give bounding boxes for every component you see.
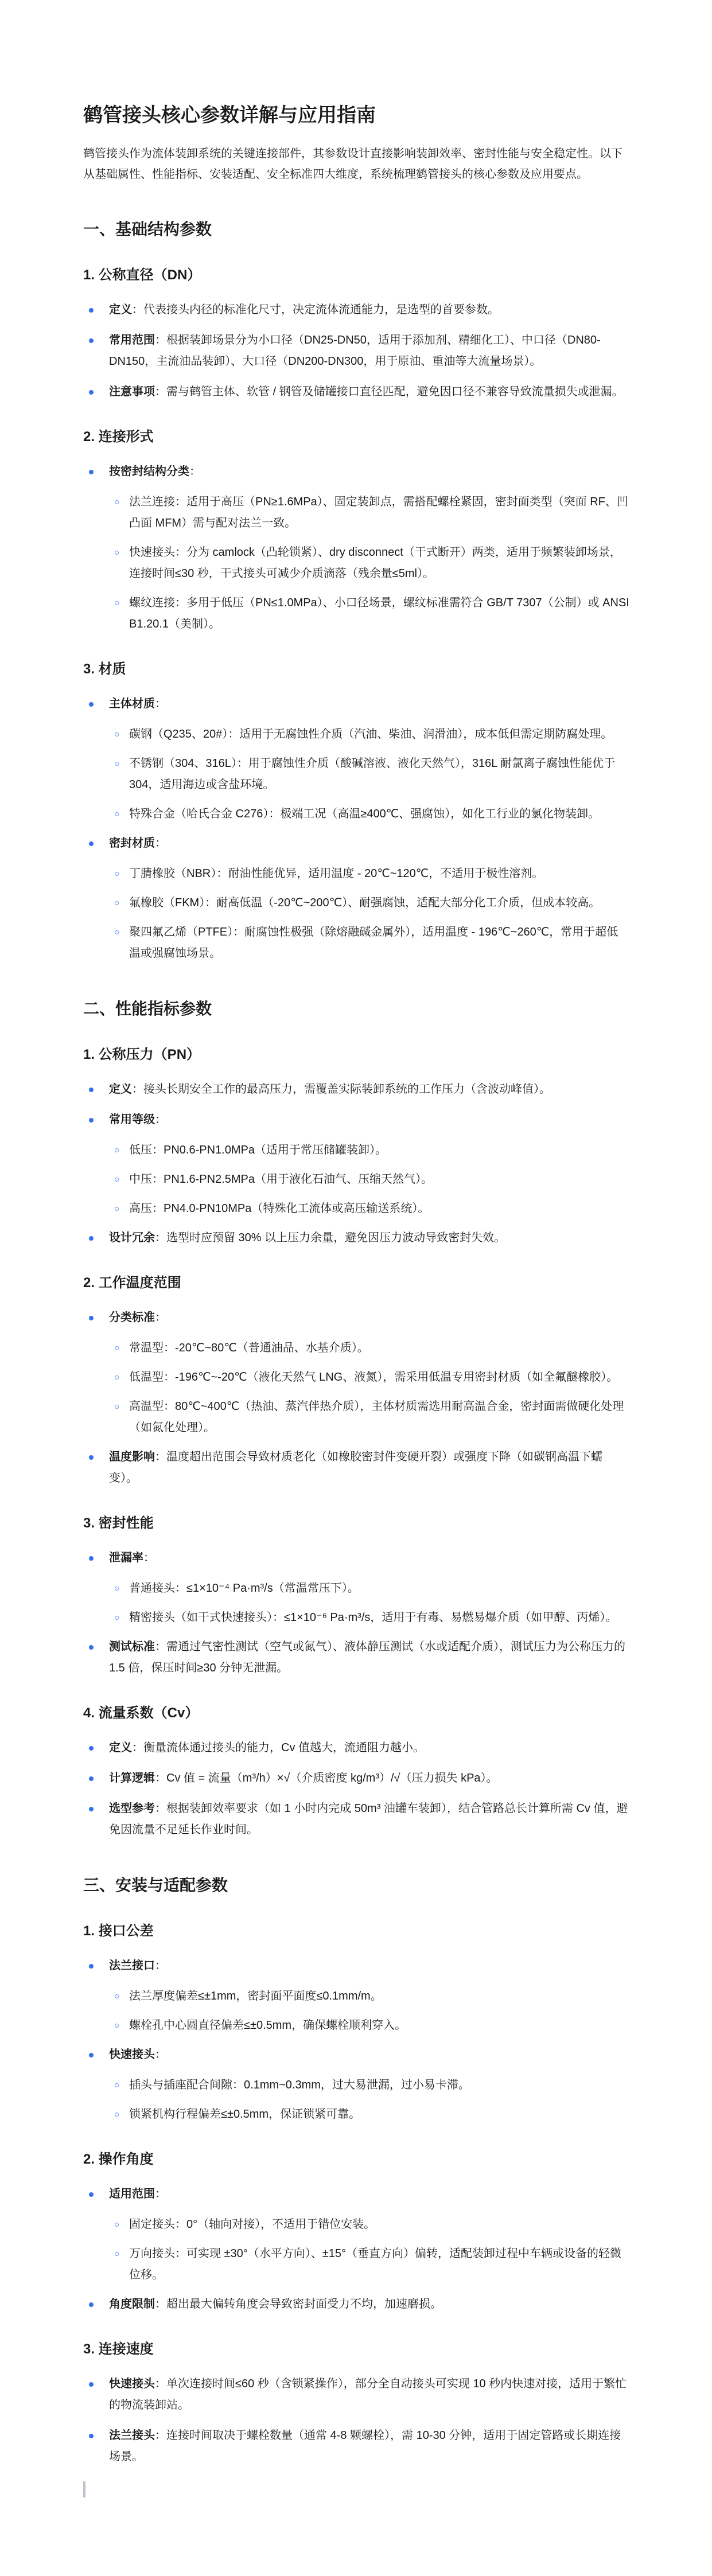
bullet-icon: [89, 1556, 94, 1561]
circle-bullet-icon: [115, 872, 119, 876]
item-text: ：衡量流体通过接头的能力，Cv 值越大，流通阻力越小。: [132, 1741, 425, 1754]
sub-bullet-item: 法兰厚度偏差≤±1mm，密封面平面度≤0.1mm/m。: [83, 1986, 629, 2007]
item-text: ：需与鹤管主体、软管 / 钢管及储罐接口直径匹配，避免因口径不兼容导致流量损失或…: [155, 385, 624, 398]
item-text: ：: [143, 1552, 155, 1564]
bullet-icon: [89, 2053, 94, 2057]
bullet-icon: [89, 308, 94, 313]
subsection-heading: 1. 接口公差: [83, 1922, 629, 1940]
sub-bullet-item: 万向接头：可实现 ±30°（水平方向）、±15°（垂直方向）偏转，适配装卸过程中…: [83, 2243, 629, 2286]
bullet-item: 常用范围：根据装卸场景分为小口径（DN25-DN50，适用于添加剂、精细化工）、…: [83, 330, 629, 372]
subsection-heading: 1. 公称压力（PN）: [83, 1046, 629, 1064]
item-text: ：根据装卸场景分为小口径（DN25-DN50，适用于添加剂、精细化工）、中口径（…: [109, 334, 601, 368]
circle-bullet-icon: [115, 2113, 119, 2117]
bullet-icon: [89, 338, 94, 343]
item-label: 定义: [109, 1741, 132, 1754]
item-text: ：代表接头内径的标准化尺寸，决定流体流通能力，是选型的首要参数。: [132, 303, 499, 316]
subsection-heading: 2. 操作角度: [83, 2150, 629, 2169]
item-text: 氟橡胶（FKM）：耐高低温（-20℃~200℃）、耐强腐蚀，适配大部分化工介质，…: [129, 897, 600, 909]
bullet-icon: [89, 390, 94, 395]
circle-bullet-icon: [115, 901, 119, 905]
section-heading: 一、基础结构参数: [83, 218, 629, 241]
item-label: 适用范围: [109, 2188, 155, 2200]
document-body: 鹤管接头核心参数详解与应用指南 鹤管接头作为流体装卸系统的关键连接部件，其参数设…: [0, 0, 629, 2515]
item-text: ：接头长期安全工作的最高压力，需覆盖实际装卸系统的工作压力（含波动峰值）。: [132, 1083, 551, 1096]
bullet-icon: [89, 2302, 94, 2307]
subsection-heading: 1. 公称直径（DN）: [83, 266, 629, 285]
circle-bullet-icon: [115, 601, 119, 605]
item-label: 注意事项: [109, 385, 155, 398]
bullet-icon: [89, 1746, 94, 1751]
item-text: ：单次连接时间≤60 秒（含锁紧操作），部分全自动接头可实现 10 秒内快速对接…: [109, 2378, 627, 2411]
item-text: ：根据装卸效率要求（如 1 小时内完成 50m³ 油罐车装卸），结合管路总长计算…: [109, 1802, 628, 1836]
circle-bullet-icon: [115, 500, 119, 504]
item-text: 高压：PN4.0-PN10MPa（特殊化工流体或高压输送系统）。: [129, 1202, 429, 1215]
item-text: 法兰厚度偏差≤±1mm，密封面平面度≤0.1mm/m。: [129, 1990, 382, 2002]
circle-bullet-icon: [115, 2252, 119, 2256]
item-text: ：: [155, 837, 166, 849]
sub-bullet-item: 常温型：-20℃~80℃（普通油品、水基介质）。: [83, 1338, 629, 1359]
item-text: 丁腈橡胶（NBR）：耐油性能优异，适用温度 - 20℃~120℃，不适用于极性溶…: [129, 867, 543, 880]
item-label: 定义: [109, 303, 132, 316]
circle-bullet-icon: [115, 930, 119, 934]
item-label: 选型参考: [109, 1802, 155, 1815]
bullet-item: 法兰接头：连接时间取决于螺栓数量（通常 4-8 颗螺栓），需 10-30 分钟，…: [83, 2425, 629, 2468]
bullet-item: 主体材质：: [83, 693, 629, 715]
bullet-item: 法兰接口：: [83, 1955, 629, 1977]
item-text: 中压：PN1.6-PN2.5MPa（用于液化石油气、压缩天然气）。: [129, 1173, 433, 1186]
item-text: 常温型：-20℃~80℃（普通油品、水基介质）。: [129, 1342, 369, 1354]
item-text: 锁紧机构行程偏差≤±0.5mm，保证锁紧可靠。: [129, 2108, 360, 2121]
bullet-icon: [89, 1776, 94, 1781]
circle-bullet-icon: [115, 1346, 119, 1350]
bullet-item: 设计冗余：选型时应预留 30% 以上压力余量，避免因压力波动导致密封失效。: [83, 1227, 629, 1249]
bullet-item: 按密封结构分类：: [83, 461, 629, 482]
bullet-icon: [89, 841, 94, 846]
item-text: 法兰连接：适用于高压（PN≥1.6MPa）、固定装卸点，需搭配螺栓紧固，密封面类…: [129, 496, 628, 529]
bullet-item: 密封材质：: [83, 833, 629, 854]
sub-bullet-item: 精密接头（如干式快速接头）：≤1×10⁻⁶ Pa·m³/s，适用于有毒、易燃易爆…: [83, 1607, 629, 1628]
circle-bullet-icon: [115, 1405, 119, 1409]
text-caret: [83, 2481, 85, 2497]
subsection-heading: 4. 流量系数（Cv）: [83, 1704, 629, 1722]
sub-bullet-item: 普通接头：≤1×10⁻⁴ Pa·m³/s（常温常压下）。: [83, 1578, 629, 1599]
item-text: 精密接头（如干式快速接头）：≤1×10⁻⁶ Pa·m³/s，适用于有毒、易燃易爆…: [129, 1611, 617, 1624]
bullet-icon: [89, 702, 94, 707]
sub-bullet-item: 高温型：80℃~400℃（热油、蒸汽伴热介质），主体材质需选用耐高温合金，密封面…: [83, 1396, 629, 1439]
doc-title: 鹤管接头核心参数详解与应用指南: [83, 102, 629, 128]
item-label: 常用范围: [109, 334, 155, 346]
item-text: ：选型时应预留 30% 以上压力余量，避免因压力波动导致密封失效。: [155, 1232, 505, 1244]
circle-bullet-icon: [115, 1375, 119, 1379]
item-label: 计算逻辑: [109, 1772, 155, 1784]
intro-paragraph: 鹤管接头作为流体装卸系统的关键连接部件，其参数设计直接影响装卸效率、密封性能与安…: [83, 143, 629, 185]
bullet-item: 快速接头：单次连接时间≤60 秒（含锁紧操作），部分全自动接头可实现 10 秒内…: [83, 2374, 629, 2416]
item-label: 泄漏率: [109, 1552, 143, 1564]
item-label: 法兰接头: [109, 2429, 155, 2442]
item-text: 特殊合金（哈氏合金 C276）：极端工况（高温≥400℃、强腐蚀），如化工行业的…: [129, 808, 600, 820]
item-text: 固定接头：0°（轴向对接），不适用于错位安装。: [129, 2218, 375, 2231]
item-text: ：连接时间取决于螺栓数量（通常 4-8 颗螺栓），需 10-30 分钟，适用于固…: [109, 2429, 621, 2463]
circle-bullet-icon: [115, 2024, 119, 2028]
circle-bullet-icon: [115, 1994, 119, 1998]
subsection-heading: 3. 密封性能: [83, 1514, 629, 1533]
circle-bullet-icon: [115, 732, 119, 736]
sub-bullet-item: 螺纹连接：多用于低压（PN≤1.0MPa）、小口径场景，螺纹标准需符合 GB/T…: [83, 593, 629, 635]
bullet-icon: [89, 1964, 94, 1969]
circle-bullet-icon: [115, 2223, 119, 2227]
bullet-item: 定义：衡量流体通过接头的能力，Cv 值越大，流通阻力越小。: [83, 1737, 629, 1759]
circle-bullet-icon: [115, 1178, 119, 1182]
item-label: 法兰接口: [109, 1959, 155, 1972]
item-text: ：需通过气密性测试（空气或氮气）、液体静压测试（水或适配介质），测试压力为公称压…: [109, 1640, 625, 1674]
circle-bullet-icon: [115, 551, 119, 555]
bullet-icon: [89, 470, 94, 474]
bullet-icon: [89, 1455, 94, 1460]
sub-bullet-item: 聚四氟乙烯（PTFE）：耐腐蚀性极强（除熔融碱金属外），适用温度 - 196℃~…: [83, 922, 629, 964]
sub-bullet-item: 低压：PN0.6-PN1.0MPa（适用于常压储罐装卸）。: [83, 1140, 629, 1161]
bullet-icon: [89, 2434, 94, 2438]
bullet-item: 适用范围：: [83, 2184, 629, 2205]
bullet-item: 角度限制：超出最大偏转角度会导致密封面受力不均，加速磨损。: [83, 2294, 629, 2315]
sub-bullet-item: 锁紧机构行程偏差≤±0.5mm，保证锁紧可靠。: [83, 2104, 629, 2125]
sub-bullet-item: 快速接头：分为 camlock（凸轮锁紧）、dry disconnect（干式断…: [83, 542, 629, 584]
item-text: 高温型：80℃~400℃（热油、蒸汽伴热介质），主体材质需选用耐高温合金，密封面…: [129, 1400, 624, 1434]
item-text: ：: [155, 1113, 166, 1126]
bullet-item: 测试标准：需通过气密性测试（空气或氮气）、液体静压测试（水或适配介质），测试压力…: [83, 1636, 629, 1679]
item-text: 普通接头：≤1×10⁻⁴ Pa·m³/s（常温常压下）。: [129, 1582, 359, 1595]
item-text: ：超出最大偏转角度会导致密封面受力不均，加速磨损。: [155, 2298, 442, 2310]
item-label: 温度影响: [109, 1451, 155, 1463]
bullet-item: 温度影响：温度超出范围会导致材质老化（如橡胶密封件变硬开裂）或强度下降（如碳钢高…: [83, 1447, 629, 1489]
bullet-icon: [89, 1645, 94, 1650]
sub-bullet-item: 固定接头：0°（轴向对接），不适用于错位安装。: [83, 2214, 629, 2235]
item-label: 分类标准: [109, 1311, 155, 1324]
bullet-icon: [89, 1088, 94, 1092]
circle-bullet-icon: [115, 762, 119, 766]
bullet-item: 常用等级：: [83, 1109, 629, 1131]
item-label: 快速接头: [109, 2378, 155, 2390]
item-text: 快速接头：分为 camlock（凸轮锁紧）、dry disconnect（干式断…: [129, 546, 621, 580]
item-text: ：: [155, 1311, 166, 1324]
item-label: 定义: [109, 1083, 132, 1096]
sub-bullet-item: 螺栓孔中心圆直径偏差≤±0.5mm，确保螺栓顺利穿入。: [83, 2015, 629, 2036]
bullet-item: 注意事项：需与鹤管主体、软管 / 钢管及储罐接口直径匹配，避免因口径不兼容导致流…: [83, 381, 629, 403]
bullet-item: 选型参考：根据装卸效率要求（如 1 小时内完成 50m³ 油罐车装卸），结合管路…: [83, 1798, 629, 1841]
sub-bullet-item: 不锈钢（304、316L）：用于腐蚀性介质（酸碱溶液、液化天然气），316L 耐…: [83, 753, 629, 796]
bullet-item: 定义：接头长期安全工作的最高压力，需覆盖实际装卸系统的工作压力（含波动峰值）。: [83, 1079, 629, 1100]
bullet-icon: [89, 1807, 94, 1811]
item-text: ：: [155, 2048, 166, 2061]
item-text: 不锈钢（304、316L）：用于腐蚀性介质（酸碱溶液、液化天然气），316L 耐…: [129, 757, 615, 791]
item-text: ：: [189, 465, 201, 478]
item-text: 螺纹连接：多用于低压（PN≤1.0MPa）、小口径场景，螺纹标准需符合 GB/T…: [129, 597, 629, 630]
item-label: 按密封结构分类: [109, 465, 189, 478]
sub-bullet-item: 氟橡胶（FKM）：耐高低温（-20℃~200℃）、耐强腐蚀，适配大部分化工介质，…: [83, 893, 629, 914]
item-text: 插头与插座配合间隙：0.1mm~0.3mm，过大易泄漏，过小易卡滞。: [129, 2079, 470, 2091]
item-label: 设计冗余: [109, 1232, 155, 1244]
subsection-heading: 2. 工作温度范围: [83, 1274, 629, 1292]
item-text: 聚四氟乙烯（PTFE）：耐腐蚀性极强（除熔融碱金属外），适用温度 - 196℃~…: [129, 926, 618, 960]
bullet-icon: [89, 1236, 94, 1241]
item-text: 螺栓孔中心圆直径偏差≤±0.5mm，确保螺栓顺利穿入。: [129, 2019, 406, 2032]
item-label: 测试标准: [109, 1640, 155, 1653]
item-text: 低温型：-196℃~-20℃（液化天然气 LNG、液氮），需采用低温专用密封材质…: [129, 1371, 618, 1384]
item-text: 碳钢（Q235、20#）：适用于无腐蚀性介质（汽油、柴油、润滑油），成本低但需定…: [129, 728, 612, 741]
sub-bullet-item: 中压：PN1.6-PN2.5MPa（用于液化石油气、压缩天然气）。: [83, 1169, 629, 1190]
subsection-heading: 2. 连接形式: [83, 428, 629, 446]
subsection-heading: 3. 连接速度: [83, 2340, 629, 2359]
circle-bullet-icon: [115, 1587, 119, 1591]
bullet-icon: [89, 2382, 94, 2387]
item-text: ：温度超出范围会导致材质老化（如橡胶密封件变硬开裂）或强度下降（如碳钢高温下蠕变…: [109, 1451, 602, 1484]
circle-bullet-icon: [115, 1207, 119, 1211]
sub-bullet-item: 低温型：-196℃~-20℃（液化天然气 LNG、液氮），需采用低温专用密封材质…: [83, 1367, 629, 1388]
item-text: 低压：PN0.6-PN1.0MPa（适用于常压储罐装卸）。: [129, 1144, 387, 1156]
item-label: 密封材质: [109, 837, 155, 849]
circle-bullet-icon: [115, 1616, 119, 1620]
circle-bullet-icon: [115, 1148, 119, 1152]
bullet-item: 定义：代表接头内径的标准化尺寸，决定流体流通能力，是选型的首要参数。: [83, 299, 629, 321]
item-label: 角度限制: [109, 2298, 155, 2310]
bullet-icon: [89, 2192, 94, 2197]
bullet-item: 分类标准：: [83, 1307, 629, 1328]
item-label: 主体材质: [109, 697, 155, 710]
sub-bullet-item: 高压：PN4.0-PN10MPa（特殊化工流体或高压输送系统）。: [83, 1198, 629, 1219]
circle-bullet-icon: [115, 2083, 119, 2087]
section-heading: 三、安装与适配参数: [83, 1874, 629, 1897]
sub-bullet-item: 丁腈橡胶（NBR）：耐油性能优异，适用温度 - 20℃~120℃，不适用于极性溶…: [83, 863, 629, 884]
sub-bullet-item: 碳钢（Q235、20#）：适用于无腐蚀性介质（汽油、柴油、润滑油），成本低但需定…: [83, 724, 629, 745]
item-text: ：: [155, 1959, 166, 1972]
sub-bullet-item: 插头与插座配合间隙：0.1mm~0.3mm，过大易泄漏，过小易卡滞。: [83, 2075, 629, 2096]
item-text: ：: [155, 2188, 166, 2200]
bullet-item: 快速接头：: [83, 2044, 629, 2066]
sub-bullet-item: 法兰连接：适用于高压（PN≥1.6MPa）、固定装卸点，需搭配螺栓紧固，密封面类…: [83, 492, 629, 534]
circle-bullet-icon: [115, 812, 119, 816]
sub-bullet-item: 特殊合金（哈氏合金 C276）：极端工况（高温≥400℃、强腐蚀），如化工行业的…: [83, 804, 629, 825]
bullet-item: 泄漏率：: [83, 1548, 629, 1569]
subsection-heading: 3. 材质: [83, 660, 629, 679]
bullet-icon: [89, 1316, 94, 1320]
item-text: ：Cv 值 = 流量（m³/h）×√（介质密度 kg/m³）/√（压力损失 kP…: [155, 1772, 498, 1784]
item-text: 万向接头：可实现 ±30°（水平方向）、±15°（垂直方向）偏转，适配装卸过程中…: [129, 2247, 621, 2281]
item-label: 快速接头: [109, 2048, 155, 2061]
item-label: 常用等级: [109, 1113, 155, 1126]
bullet-item: 计算逻辑：Cv 值 = 流量（m³/h）×√（介质密度 kg/m³）/√（压力损…: [83, 1768, 629, 1789]
bullet-icon: [89, 1118, 94, 1123]
section-heading: 二、性能指标参数: [83, 997, 629, 1020]
item-text: ：: [155, 697, 166, 710]
